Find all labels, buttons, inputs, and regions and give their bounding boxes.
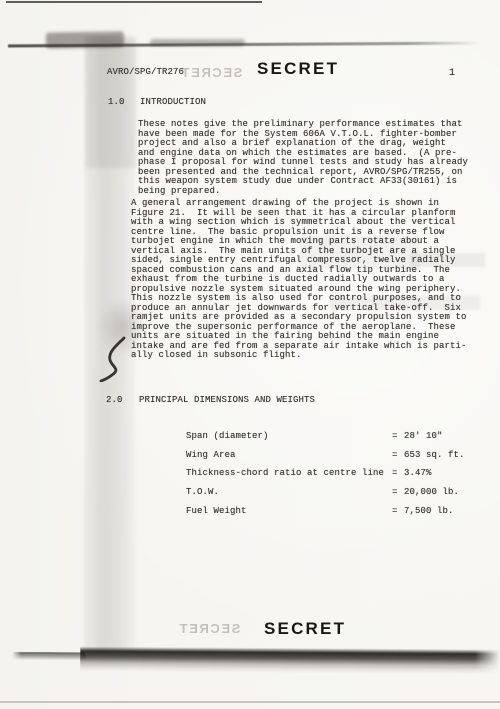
equals-sign: = [392, 488, 404, 498]
page-number: 1 [449, 69, 455, 79]
scan-bottom-band-left [12, 652, 86, 660]
dimension-label: T.O.W. [186, 488, 392, 498]
section-title: PRINCIPAL DIMENSIONS AND WEIGHTS [139, 396, 315, 406]
scan-bottom-band [80, 647, 500, 675]
paragraph: These notes give the preliminary perform… [138, 120, 498, 196]
section-number: 1.0 [108, 98, 125, 108]
equals-sign: = [392, 469, 404, 479]
dimension-label: Fuel Weight [186, 507, 392, 517]
classification-stamp-top: SECRET [257, 60, 339, 78]
section-title: INTRODUCTION [140, 98, 206, 108]
dimension-value: 7,500 lb. [404, 506, 454, 516]
dimension-value: 653 sq. ft. [404, 450, 465, 460]
dimension-label: Thickness-chord ratio at centre line [186, 469, 392, 479]
dimension-value: 20,000 lb. [404, 487, 459, 497]
ink-hair-mark [96, 336, 132, 382]
equals-sign: = [392, 507, 404, 517]
classification-stamp-bottom: SECRET [264, 620, 346, 638]
dimension-label: Span (diameter) [186, 432, 392, 442]
scan-bottom-edge-line [0, 701, 500, 703]
document-reference: AVRO/SPG/TR276 [107, 68, 184, 78]
equals-sign: = [392, 432, 404, 442]
dimension-row: Fuel Weight=7,500 lb. [164, 497, 484, 526]
scan-top-edge-line [6, 1, 262, 3]
paragraph: A general arrangement drawing of the pro… [131, 199, 495, 361]
bleedthrough-classification-top: SECRET [180, 66, 242, 80]
bleedthrough-classification-bottom: SECRET [178, 622, 240, 636]
section-number: 2.0 [106, 396, 123, 406]
scanned-document-page: SECRET AVRO/SPG/TR276 SECRET 1 1.0 INTRO… [0, 0, 500, 709]
dimension-value: 3.47% [404, 468, 432, 478]
dimension-value: 28' 10" [404, 431, 443, 441]
